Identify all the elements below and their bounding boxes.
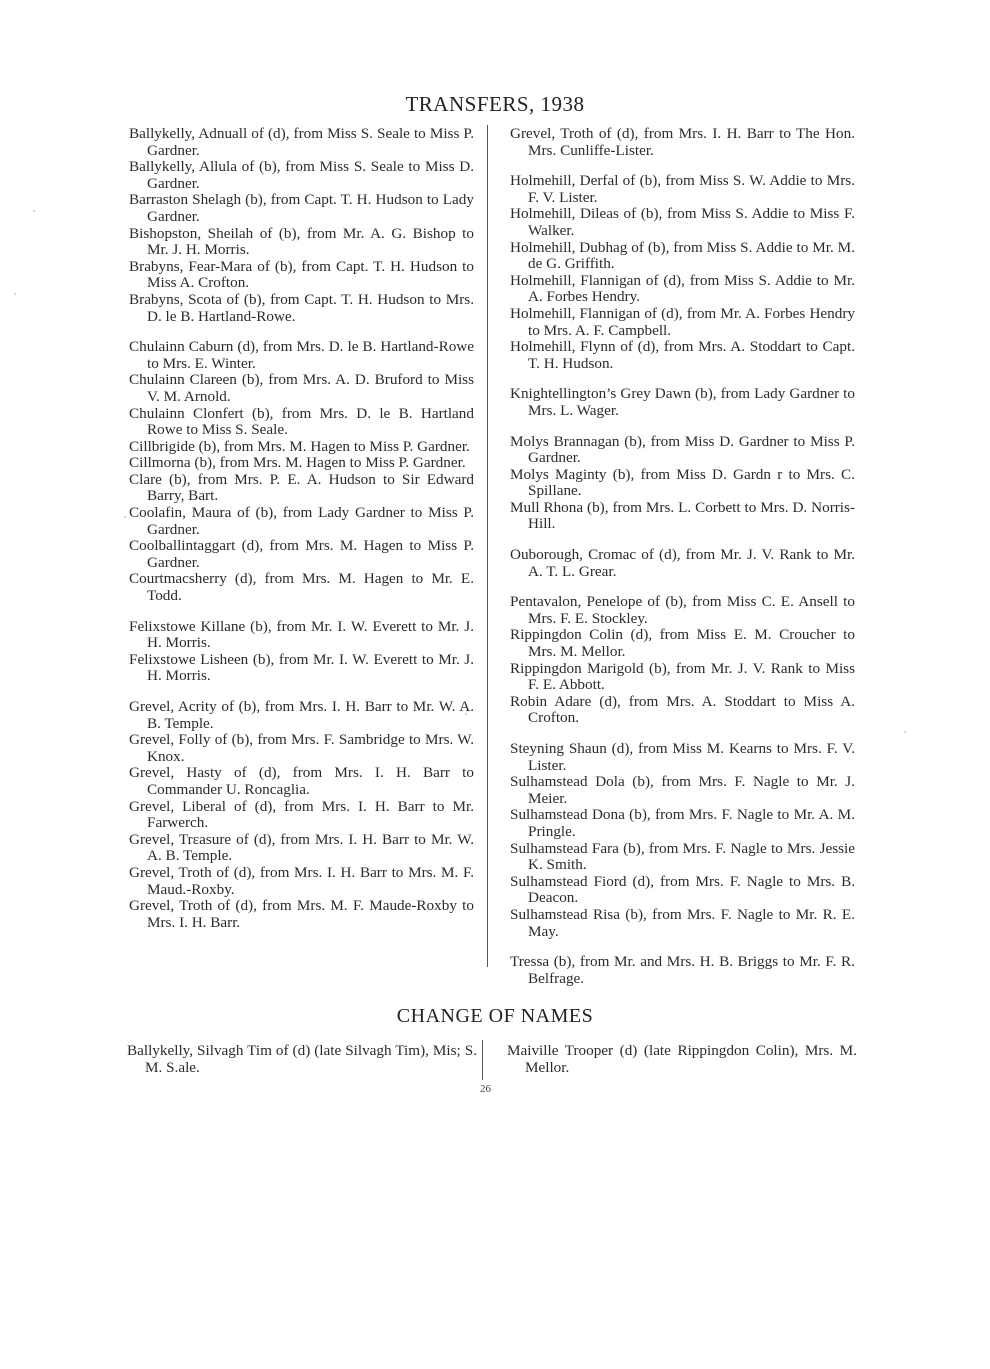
transfer-entry: Holmehill, Flynn of (d), from Mrs. A. St… bbox=[510, 339, 855, 372]
transfer-entry: Grevel, Trεasure of (d), from Mrs. I. H.… bbox=[129, 832, 474, 865]
scan-speck bbox=[33, 210, 35, 212]
transfer-entry: Sulhamstead Dola (b), from Mrs. F. Nagle… bbox=[510, 774, 855, 807]
transfer-group-h: Holmehill, Derfal of (b), from Miss S. W… bbox=[510, 173, 855, 372]
change-of-name-entry: Maiville Trooper (d) (late Rippingdon Co… bbox=[507, 1043, 857, 1076]
page-number: 26 bbox=[480, 1083, 491, 1095]
transfer-group-t: Tressa (b), from Mr. and Mrs. H. B. Brig… bbox=[510, 954, 855, 987]
transfer-group-o: Ouborough, Cromac of (d), from Mr. J. V.… bbox=[510, 547, 855, 580]
transfer-group-m: Molys Brannagan (b), from Miss D. Gardne… bbox=[510, 434, 855, 534]
transfer-entry: Coolballintaggart (d), from Mrs. M. Hage… bbox=[129, 538, 474, 571]
transfer-entry: Sulhamstead Fiord (d), from Mrs. F. Nagl… bbox=[510, 874, 855, 907]
transfer-entry: Grevel, Troth of (d), from Mrs. M. F. Ma… bbox=[129, 898, 474, 931]
transfer-entry: Steyning Shaun (d), from Miss M. Kearns … bbox=[510, 741, 855, 774]
transfer-entry: Rippingdon Marigold (b), from Mr. J. V. … bbox=[510, 661, 855, 694]
change-of-name-entry: Ballykelly, Silvagh Tim of (d) (late Sil… bbox=[127, 1043, 477, 1076]
transfer-entry: Molys Brannagan (b), from Miss D. Gardne… bbox=[510, 434, 855, 467]
transfer-entry: Brabyns, Scota of (b), from Capt. T. H. … bbox=[129, 292, 474, 325]
change-of-names-left: Ballykelly, Silvagh Tim of (d) (late Sil… bbox=[127, 1043, 477, 1076]
transfer-entry: Pentavalon, Penelope of (b), from Miss C… bbox=[510, 594, 855, 627]
transfer-entry: Grevel, Troth of (d), from Mrs. I. H. Ba… bbox=[510, 126, 855, 159]
transfer-entry: Sulhamstead Fara (b), from Mrs. F. Nagle… bbox=[510, 841, 855, 874]
transfer-entry: Holmehill, Flannigan of (d), from Mr. A.… bbox=[510, 306, 855, 339]
transfer-entry: Rippingdon Colin (d), from Miss E. M. Cr… bbox=[510, 627, 855, 660]
transfer-group-k: Knightellington’s Grey Dawn (b), from La… bbox=[510, 386, 855, 419]
transfer-entry: Felixstowe Killane (b), from Mr. I. W. E… bbox=[129, 619, 474, 652]
transfer-entry: Ouborough, Cromac of (d), from Mr. J. V.… bbox=[510, 547, 855, 580]
transfer-entry: Cillmorna (b), from Mrs. M. Hagen to Mis… bbox=[129, 455, 474, 472]
page-title: TRANSFERS, 1938 bbox=[0, 92, 990, 117]
change-of-names-title: CHANGE OF NAMES bbox=[0, 1005, 990, 1028]
transfer-group-g: Grevel, Acrity of (b), from Mrs. I. H. B… bbox=[129, 699, 474, 931]
transfer-entry: Holmehill, Flannigan of (d), from Miss S… bbox=[510, 273, 855, 306]
transfer-entry: Holmehill, Dileas of (b), from Miss S. A… bbox=[510, 206, 855, 239]
transfer-entry: Ballykelly, Adnuall of (d), from Miss S.… bbox=[129, 126, 474, 159]
transfer-entry: Holmehill, Dubhag of (b), from Miss S. A… bbox=[510, 240, 855, 273]
transfer-group-p-r: Pentavalon, Penelope of (b), from Miss C… bbox=[510, 594, 855, 727]
transfer-entry: Chulainn Caburn (d), from Mrs. D. le B. … bbox=[129, 339, 474, 372]
scan-speck bbox=[465, 713, 467, 715]
column-divider bbox=[487, 125, 488, 967]
change-of-names-right: Maiville Trooper (d) (late Rippingdon Co… bbox=[507, 1043, 857, 1076]
transfer-entry: Bishopston, Sheilah of (b), from Mr. A. … bbox=[129, 226, 474, 259]
transfer-entry: Grevel, Liberal of (d), from Mrs. I. H. … bbox=[129, 799, 474, 832]
transfer-entry: Grevel, Folly of (b), from Mrs. F. Sambr… bbox=[129, 732, 474, 765]
transfer-group-g-cont: Grevel, Troth of (d), from Mrs. I. H. Ba… bbox=[510, 126, 855, 159]
transfer-entry: Barraston Shelagh (b), from Capt. T. H. … bbox=[129, 192, 474, 225]
transfer-entry: Chulainn Clareen (b), from Mrs. A. D. Br… bbox=[129, 372, 474, 405]
transfer-entry: Sulhamstead Risa (b), from Mrs. F. Nagle… bbox=[510, 907, 855, 940]
transfer-entry: Molys Maginty (b), from Miss D. Gardn r … bbox=[510, 467, 855, 500]
scan-speck bbox=[124, 516, 126, 518]
transfer-entry: Felixstowe Lisheen (b), from Mr. I. W. E… bbox=[129, 652, 474, 685]
transfer-group-f: Felixstowe Killane (b), from Mr. I. W. E… bbox=[129, 619, 474, 685]
transfer-group-b: Ballykelly, Adnuall of (d), from Miss S.… bbox=[129, 126, 474, 325]
transfer-entry: Courtmacsherry (d), from Mrs. M. Hagen t… bbox=[129, 571, 474, 604]
transfers-left-column: Ballykelly, Adnuall of (d), from Miss S.… bbox=[129, 126, 474, 945]
transfer-entry: Tressa (b), from Mr. and Mrs. H. B. Brig… bbox=[510, 954, 855, 987]
transfer-entry: Grevel, Acrity of (b), from Mrs. I. H. B… bbox=[129, 699, 474, 732]
transfers-right-column: Grevel, Troth of (d), from Mrs. I. H. Ba… bbox=[510, 126, 855, 1001]
transfer-entry: Clare (b), from Mrs. P. E. A. Hudson to … bbox=[129, 472, 474, 505]
change-of-names-divider bbox=[482, 1040, 483, 1080]
transfer-entry: Cillbrigide (b), from Mrs. M. Hagen to M… bbox=[129, 439, 474, 456]
transfer-entry: Sulhamstead Dona (b), from Mrs. F. Nagle… bbox=[510, 807, 855, 840]
transfer-group-s: Steyning Shaun (d), from Miss M. Kearns … bbox=[510, 741, 855, 940]
transfer-entry: Knightellington’s Grey Dawn (b), from La… bbox=[510, 386, 855, 419]
transfer-entry: Brabyns, Fear-Mara of (b), from Capt. T.… bbox=[129, 259, 474, 292]
transfer-entry: Robin Adare (d), from Mrs. A. Stoddart t… bbox=[510, 694, 855, 727]
transfer-entry: Chulainn Clonfert (b), from Mrs. D. le B… bbox=[129, 406, 474, 439]
scan-speck bbox=[14, 293, 16, 295]
transfer-entry: Ballykelly, Allula of (b), from Miss S. … bbox=[129, 159, 474, 192]
scan-speck bbox=[904, 731, 906, 733]
transfer-entry: Grevel, Troth of (d), from Mrs. I. H. Ba… bbox=[129, 865, 474, 898]
transfer-entry: Mull Rhona (b), from Mrs. L. Corbett to … bbox=[510, 500, 855, 533]
transfer-entry: Grevel, Hasty of (d), from Mrs. I. H. Ba… bbox=[129, 765, 474, 798]
transfer-group-c: Chulainn Caburn (d), from Mrs. D. le B. … bbox=[129, 339, 474, 605]
transfer-entry: Coolafin, Maura of (b), from Lady Gardne… bbox=[129, 505, 474, 538]
transfer-entry: Holmehill, Derfal of (b), from Miss S. W… bbox=[510, 173, 855, 206]
